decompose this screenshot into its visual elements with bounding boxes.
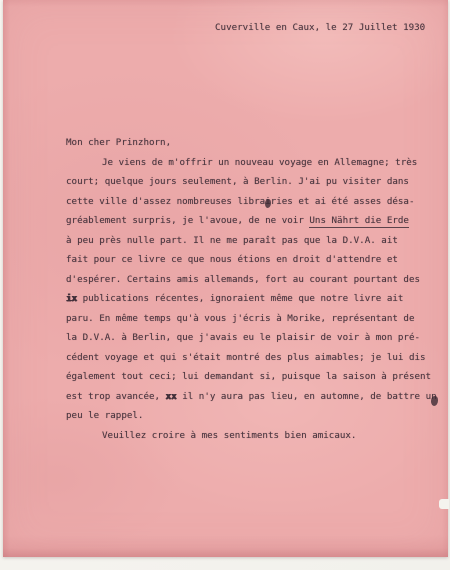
letter-paper: Cuverville en Caux, le 27 Juillet 1930 M… bbox=[3, 0, 448, 557]
book-title-underlined: Uns Nährt die Erde bbox=[309, 215, 409, 228]
salutation: Mon cher Prinzhorn, bbox=[66, 133, 437, 153]
body-line: gréablement surpris, je l'avoue, de ne v… bbox=[66, 211, 437, 231]
body-line: fait pour ce livre ce que nous étions en… bbox=[66, 250, 437, 270]
photo-background: Cuverville en Caux, le 27 Juillet 1930 M… bbox=[0, 0, 450, 570]
body-line: est trop avancée, xx il n'y aura pas lie… bbox=[66, 387, 437, 407]
paper-notch bbox=[439, 499, 449, 509]
body-line: court; quelque jours seulement, à Berlin… bbox=[66, 172, 437, 192]
body-line: peu le rappel. bbox=[66, 406, 437, 426]
typewriter-overstrike: ix bbox=[66, 293, 77, 304]
dateline: Cuverville en Caux, le 27 Juillet 1930 bbox=[215, 22, 425, 33]
ink-blot bbox=[431, 396, 438, 406]
body-line: Je viens de m'offrir un nouveau voyage e… bbox=[66, 153, 437, 173]
typewriter-overstrike: xx bbox=[166, 391, 177, 402]
closing: Veuillez croire à mes sentiments bien am… bbox=[66, 426, 437, 446]
letter-body: Mon cher Prinzhorn, Je viens de m'offrir… bbox=[66, 133, 437, 445]
body-line: la D.V.A. à Berlin, que j'avais eu le pl… bbox=[66, 328, 437, 348]
body-text-segment: est trop avancée, bbox=[66, 391, 166, 402]
body-line: paru. En même temps qu'à vous j'écris à … bbox=[66, 309, 437, 329]
body-line: à peu près nulle part. Il ne me paraît p… bbox=[66, 231, 437, 251]
body-line: d'espérer. Certains amis allemands, fort… bbox=[66, 270, 437, 290]
body-line: ix publications récentes, ignoraient mêm… bbox=[66, 289, 437, 309]
body-text-segment: publications récentes, ignoraient même q… bbox=[77, 293, 403, 304]
body-line: cédent voyage et qui s'était montré des … bbox=[66, 348, 437, 368]
body-line: cette ville d'assez nombreuses librairie… bbox=[66, 192, 437, 212]
body-text-segment: gréablement surpris, je l'avoue, de ne v… bbox=[66, 215, 309, 226]
body-text-segment: il n'y aura pas lieu, en automne, de bat… bbox=[177, 391, 437, 402]
body-line: également tout ceci; lui demandant si, p… bbox=[66, 367, 437, 387]
